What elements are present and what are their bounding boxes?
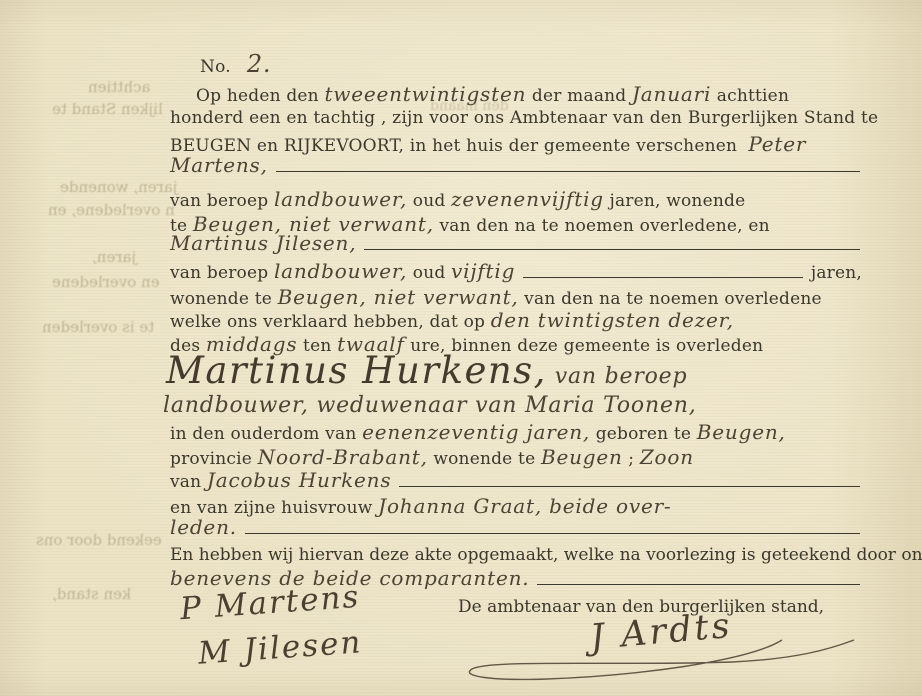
fill-rule [245, 533, 860, 534]
bleedthrough-text: achttien [88, 78, 150, 96]
document-line-father: van Jacobus Hurkens [170, 468, 862, 492]
fill-rule [537, 584, 860, 585]
document-line-province-residence: provincie Noord-Brabant, wonende te Beug… [170, 445, 862, 469]
printed-text: achttien [711, 86, 789, 106]
document-line-deceased-name: Martinus Hurkens, van beroep [166, 349, 858, 392]
handwritten-residence: Beugen [541, 445, 623, 469]
scanned-death-certificate: { "colors": { "paper": "#ece3c6", "print… [0, 0, 922, 696]
document-line-year: honderd een en tachtig , zijn voor ons A… [170, 108, 862, 128]
handwritten-relation: Zoon [640, 445, 694, 469]
act-number: No. 2. [200, 50, 892, 78]
document-line-deceased-status: landbouwer, weduwenaar van Maria Toonen, [163, 393, 855, 418]
printed-text: geboren te [590, 424, 697, 444]
fill-rule [399, 486, 860, 487]
signature-flourish [452, 636, 862, 688]
handwritten-deceased-age: eenenzeventig jaren, [362, 420, 590, 444]
document-line-mother-continued: leden. [170, 515, 862, 539]
printed-text: van beroep [170, 191, 274, 211]
handwritten-age: vijftig [451, 259, 515, 283]
bleedthrough-text: te is overleden [42, 318, 154, 336]
fill-rule [523, 277, 803, 278]
document-line-death-date: welke ons verklaard hebben, dat op den t… [170, 308, 862, 332]
printed-text: jaren, wonende [604, 191, 745, 211]
bleedthrough-text: eekend door ons [36, 531, 162, 549]
act-number-value: 2. [247, 50, 272, 78]
bleedthrough-text: en overledene [52, 273, 160, 291]
printed-text: provincie [170, 449, 258, 469]
handwritten-province: Noord-Brabant, [258, 445, 428, 469]
document-line-declarant2-details: van beroep landbouwer, oud vijftig jaren… [170, 259, 862, 283]
handwritten-deceased-status: landbouwer, weduwenaar van Maria Toonen, [163, 393, 697, 418]
fill-rule [276, 171, 860, 172]
printed-text: honderd een en tachtig , zijn voor ons A… [170, 108, 878, 128]
handwritten-declarant1-surname: Martens, [170, 153, 268, 177]
document-line-declarant2-name: Martinus Jilesen, [170, 231, 862, 255]
printed-text: welke ons verklaard hebben, dat op [170, 312, 491, 332]
document-line-deceased-age-birthplace: in den ouderdom van eenenzeventig jaren,… [170, 420, 862, 444]
handwritten-residence: Beugen, niet verwant, [278, 285, 519, 309]
bleedthrough-text: n overledene, en [48, 201, 175, 219]
printed-text: wonende te [428, 449, 541, 469]
handwritten-deceased-name: Martinus Hurkens, [166, 349, 547, 392]
document-line-declarant2-residence: wonende te Beugen, niet verwant, van den… [170, 285, 862, 309]
printed-text: in den ouderdom van [170, 424, 362, 444]
printed-text: wonende te [170, 289, 278, 309]
printed-text: der maand [526, 86, 632, 106]
bleedthrough-text: jaren, [92, 248, 136, 266]
printed-text: En hebben wij hiervan deze akte opgemaak… [170, 545, 922, 565]
handwritten-death-day: den twintigsten dezer, [491, 308, 734, 332]
bleedthrough-text: jaren, wonende [60, 178, 177, 196]
bleedthrough-text: lijken Stand te [52, 100, 163, 118]
printed-text: oud [407, 191, 451, 211]
document-line-date: Op heden den tweeentwintigsten der maand… [196, 82, 862, 106]
act-number-label: No. [200, 57, 231, 77]
document-line-declarant1-name: Martens, [170, 153, 862, 177]
handwritten-age: zevenenvijftig [451, 187, 604, 211]
fill-rule [364, 249, 860, 250]
handwritten-occupation: landbouwer, [274, 187, 407, 211]
printed-text: van [170, 472, 207, 492]
handwritten-occupation: landbouwer, [274, 259, 407, 283]
printed-text: jaren, [805, 263, 862, 283]
printed-text: Op heden den [196, 86, 324, 106]
handwritten-birthplace: Beugen, [697, 420, 786, 444]
printed-text: van beroep [170, 263, 274, 283]
document-line-closing: En hebben wij hiervan deze akte opgemaak… [170, 545, 862, 565]
handwritten-text: van beroep [547, 364, 687, 389]
printed-text: van den na te noemen overledene [519, 289, 822, 309]
signature-witness2: M Jilesen [197, 624, 364, 671]
handwritten-father-name: Jacobus Hurkens [207, 468, 391, 492]
handwritten-day: tweeentwintigsten [324, 82, 526, 106]
printed-text: oud [407, 263, 451, 283]
handwritten-declarant2-name: Martinus Jilesen, [170, 231, 356, 255]
printed-text: ; [623, 449, 640, 469]
document-line-declarant1-details: van beroep landbouwer, oud zevenenvijfti… [170, 187, 862, 211]
bleedthrough-text: ken stand, [52, 585, 131, 603]
handwritten-text: leden. [170, 515, 237, 539]
handwritten-month: Januari [632, 82, 711, 106]
